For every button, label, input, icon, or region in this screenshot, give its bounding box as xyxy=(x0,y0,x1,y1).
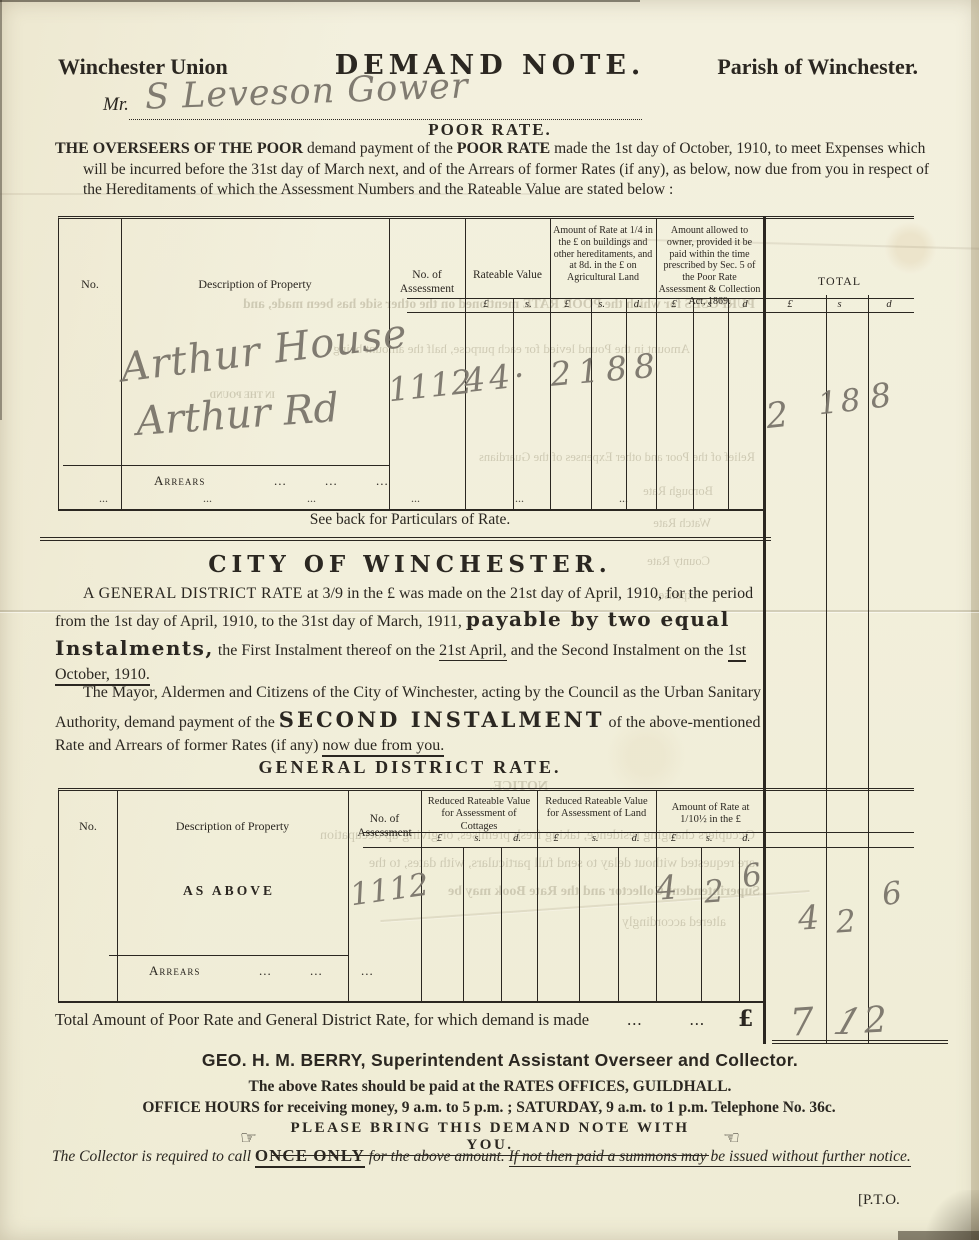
currency-subheader-rate: £s.d. xyxy=(656,833,765,844)
pound-symbol: £ xyxy=(787,299,792,310)
pence-symbol: d xyxy=(886,299,891,310)
paragraph-text: and the Second Instalment on the xyxy=(507,642,728,659)
intro-overseers: THE OVERSEERS OF THE POOR xyxy=(55,140,303,157)
handwritten-grand-pounds: 7 xyxy=(788,999,815,1045)
paragraph-text: the First Instalment thereof on the xyxy=(214,642,439,659)
table-subrule xyxy=(728,299,729,511)
table-subrule xyxy=(579,848,580,1003)
pound-symbol: £ xyxy=(564,299,569,310)
handwritten-rate-pounds: 4 xyxy=(655,867,679,907)
city-section-title: CITY OF WINCHESTER. xyxy=(55,551,765,578)
table-subrule xyxy=(701,848,702,1003)
second-instalment-text: SECOND INSTALMENT xyxy=(279,707,605,732)
table-rule xyxy=(407,312,914,313)
table-subrule xyxy=(463,848,464,1003)
handwritten-total2-shillings: 2 xyxy=(835,903,857,940)
scan-edge-top xyxy=(0,0,640,2)
table-subrule xyxy=(626,299,627,511)
collector-call-text: The Collector is required to call xyxy=(52,1148,255,1165)
payment-location-line: The above Rates should be paid at the RA… xyxy=(160,1078,820,1096)
column-header-no: No. xyxy=(59,819,117,833)
table-subrule xyxy=(591,299,592,511)
shillings-symbol: s. xyxy=(592,833,599,844)
column-header-land: Reduced Rateable Value for Assessment of… xyxy=(539,796,654,821)
column-header-total: TOTAL xyxy=(765,274,914,288)
arrears-divider xyxy=(63,465,389,466)
arrears-label: Arrears xyxy=(149,963,200,979)
arrears-label: Arrears xyxy=(154,473,205,489)
arrears-dots: ... ... ... xyxy=(274,473,389,489)
district-rate-paragraph: A GENERAL DISTRICT RATE at 3/9 in the £ … xyxy=(55,582,767,686)
shillings-symbol: s xyxy=(707,299,711,310)
section-divider-rule xyxy=(40,537,771,541)
first-instalment-date: 21st April, xyxy=(439,642,507,661)
collector-call-text: for the above amount. xyxy=(365,1148,509,1165)
currency-subheader-allowance: £sd xyxy=(656,299,763,310)
column-header-assessment: No. of Assessment xyxy=(350,813,419,840)
grand-total-text: Total Amount of Poor Rate and General Di… xyxy=(55,1010,589,1029)
mr-label: Mr. xyxy=(103,94,129,116)
scan-edge-right xyxy=(971,0,979,1240)
pence-symbol: d. xyxy=(632,833,640,844)
handwritten-rate-shillings: 2 xyxy=(703,873,725,910)
grand-total-dots: ... ... xyxy=(627,1010,705,1029)
pound-symbol: £ xyxy=(483,299,488,310)
shillings-symbol: s. xyxy=(598,299,605,310)
column-header-description: Description of Property xyxy=(117,819,348,833)
collector-call-line: The Collector is required to call ONCE O… xyxy=(52,1146,916,1166)
currency-subheader-total: £sd xyxy=(765,299,914,310)
currency-subheader-cottages: £s.d. xyxy=(421,833,537,844)
grand-total-label: Total Amount of Poor Rate and General Di… xyxy=(55,1010,755,1030)
intro-text: demand payment of the xyxy=(303,140,457,157)
table-rule xyxy=(363,847,914,848)
column-header-rate: Amount of Rate at 1/10½ in the £ xyxy=(658,802,763,827)
column-header-rateable: Rateable Value xyxy=(467,269,548,283)
handwritten-total-shillings: 18 xyxy=(816,382,865,423)
currency-subheader-rateable: £s. xyxy=(465,299,550,310)
as-above-text: AS ABOVE xyxy=(174,883,284,899)
scan-edge-left xyxy=(0,0,2,420)
collector-signature: GEO. H. M. BERRY, Superintendent Assista… xyxy=(110,1050,890,1071)
pound-symbol: £ xyxy=(554,833,559,844)
column-header-description: Description of Property xyxy=(121,277,389,291)
grand-total-underline xyxy=(772,1040,948,1044)
arrears-dots-row: ... ... ... ... ... ... xyxy=(99,491,739,506)
general-district-rate-text: A GENERAL DISTRICT RATE xyxy=(83,585,303,602)
table-rule xyxy=(389,219,390,511)
table-bottom-rule xyxy=(59,1001,765,1003)
pence-symbol: d. xyxy=(513,833,521,844)
column-header-rate-amount: Amount of Rate at 1/4 in the £ on buildi… xyxy=(552,225,654,284)
table-subrule xyxy=(618,848,619,1003)
shillings-symbol: s. xyxy=(706,833,713,844)
pound-sign: £ xyxy=(738,1006,753,1032)
table-subrule xyxy=(693,299,694,511)
pence-symbol: d xyxy=(742,299,747,310)
poor-rate-intro: THE OVERSEERS OF THE POOR demand payment… xyxy=(55,139,941,200)
currency-subheader-land: £s.d. xyxy=(537,833,656,844)
summons-warning-text: If not then paid a summons may be issued… xyxy=(509,1148,911,1167)
currency-subheader-rate: £s.d. xyxy=(550,299,656,310)
office-hours-line: OFFICE HOURS for receiving money, 9 a.m.… xyxy=(58,1099,920,1117)
handwritten-rateable-value: 44· xyxy=(462,355,530,401)
arrears-dots: ... ... ... xyxy=(259,963,374,979)
column-header-allowance: Amount allowed to owner, provided it be … xyxy=(658,225,761,308)
handwritten-total-pounds: 2 xyxy=(764,395,790,437)
shillings-symbol: s. xyxy=(525,299,532,310)
pto-note: [P.T.O. xyxy=(858,1192,900,1209)
handwritten-total2-pounds: 4 xyxy=(797,897,821,937)
column-header-assessment: No. of Assessment xyxy=(391,269,463,296)
pound-symbol: £ xyxy=(671,833,676,844)
district-rate-table: No. Description of Property No. of Asses… xyxy=(58,788,914,1003)
second-instalment-paragraph: The Mayor, Aldermen and Citizens of the … xyxy=(55,682,767,757)
poor-rate-title: POOR RATE. xyxy=(250,120,730,140)
table-rule xyxy=(537,791,538,1003)
handwritten-grand-pence: 2 xyxy=(863,999,888,1041)
handwritten-grand-shillings: 1 xyxy=(829,1002,867,1043)
scan-corner-shadow xyxy=(920,1190,979,1240)
parish-name: Parish of Winchester. xyxy=(650,54,918,80)
general-district-rate-title: GENERAL DISTRICT RATE. xyxy=(55,757,765,778)
shillings-symbol: s xyxy=(837,299,841,310)
column-header-no: No. xyxy=(59,277,121,291)
shillings-symbol: s. xyxy=(474,833,481,844)
table-subrule xyxy=(501,848,502,1003)
demand-note-document: PURPOSES for which the POOR RATE mention… xyxy=(0,0,979,1240)
arrears-divider xyxy=(109,955,349,956)
pound-symbol: £ xyxy=(437,833,442,844)
pound-symbol: £ xyxy=(671,299,676,310)
column-header-cottages: Reduced Rateable Value for Assessment of… xyxy=(423,796,535,833)
now-due-text: now due from you. xyxy=(322,737,444,757)
pence-symbol: d. xyxy=(742,833,750,844)
table-subrule xyxy=(739,848,740,1003)
intro-poor-rate: POOR RATE xyxy=(457,140,550,157)
table-subrule xyxy=(513,299,514,511)
pence-symbol: d. xyxy=(634,299,642,310)
once-only-text: ONCE ONLY xyxy=(255,1146,365,1168)
see-back-note: See back for Particulars of Rate. xyxy=(58,511,762,529)
